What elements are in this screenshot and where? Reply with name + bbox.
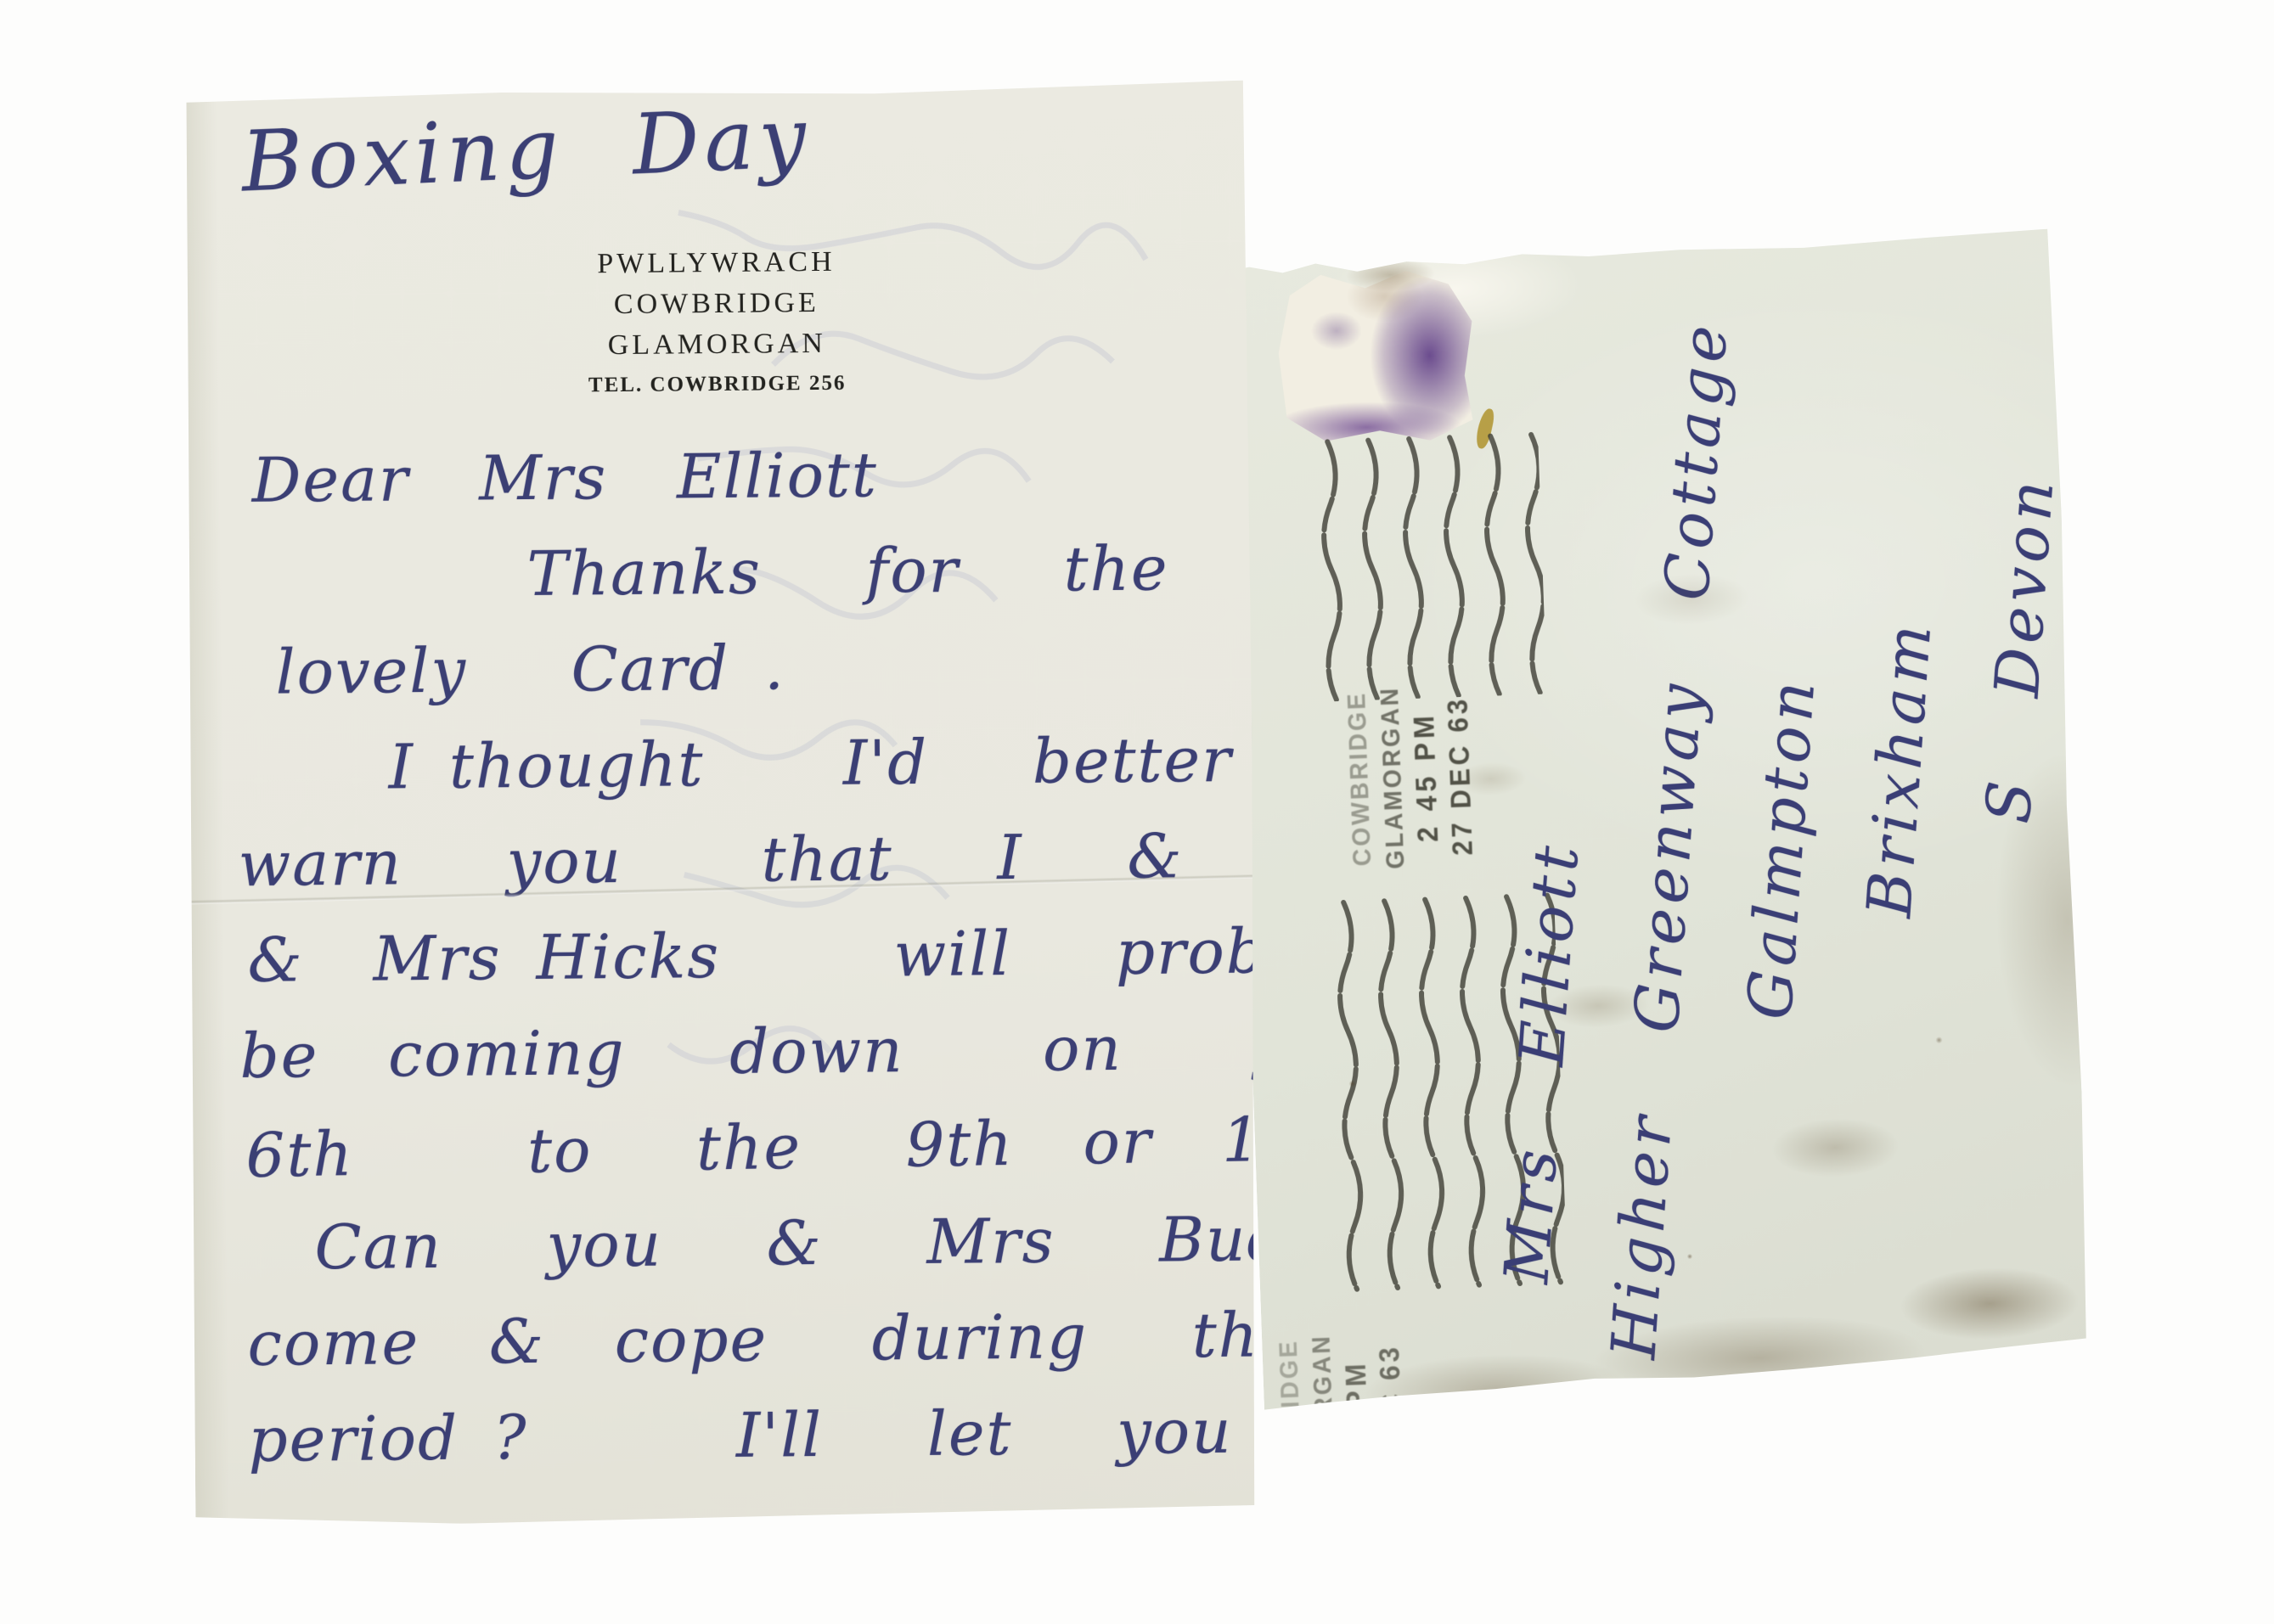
stamp-ink-residue — [1278, 270, 1473, 441]
letterhead: PWLLYWRACH COWBRIDGE GLAMORGAN TEL. COWB… — [184, 239, 1249, 402]
letter-and-envelope-photo: COWBRIDGE GLAMORGAN 2 45 PM 27 DEC 63 CO… — [0, 0, 2274, 1624]
cancellation-wavy-lines-upper — [1315, 430, 1547, 702]
handwritten-line: lovely Card . — [275, 616, 1235, 721]
postmark-town: COWBRIDGE — [1273, 1339, 1310, 1409]
postmark-date: 27 DEC 63 — [1441, 695, 1478, 856]
postmark-time: 2 45 PM — [1340, 1359, 1376, 1410]
handwritten-line: Dear Mrs Elliott — [251, 424, 1233, 529]
recipient-address: Mrs Elliott Higher Greenway Cottage Galm… — [1466, 330, 2092, 1385]
envelope: COWBRIDGE GLAMORGAN 2 45 PM 27 DEC 63 CO… — [1224, 228, 2092, 1409]
postmark-county: GLAMORGAN — [1306, 1334, 1344, 1409]
postmark-time: 2 45 PM — [1409, 711, 1444, 843]
handwritten-line: period ? I'll let you know — [248, 1384, 1241, 1488]
postmark-date: 27 DEC 63 — [1373, 1344, 1410, 1410]
handwritten-date: Boxing Day — [239, 89, 813, 211]
handwritten-line: 6th to the 9th or 10th — — [245, 1093, 1240, 1204]
handwritten-line: I thought I'd better — [388, 712, 1236, 816]
postmark-county: GLAMORGAN — [1374, 686, 1412, 870]
handwritten-line: come & cope during that — [247, 1288, 1241, 1392]
handwritten-line: & Mrs Hicks will probably — [247, 904, 1237, 1009]
letterhead-telephone: TEL. COWBRIDGE 256 — [186, 368, 1249, 402]
letterhead-county: GLAMORGAN — [185, 320, 1248, 370]
handwritten-line: Can you & Mrs Budd — [314, 1192, 1240, 1295]
postmark-town: COWBRIDGE — [1341, 691, 1378, 867]
letter-page: Boxing Day PWLLYWRACH COWBRIDGE GLAMORGA… — [183, 81, 1259, 1526]
letter-body: Dear Mrs Elliott Thanks for the lovely C… — [233, 424, 1241, 1488]
postmark-datestamp: COWBRIDGE GLAMORGAN 2 45 PM 27 DEC 63 — [1341, 677, 1479, 877]
handwritten-line: Thanks for the — [526, 520, 1234, 622]
removed-stamp-remnant — [1278, 270, 1473, 441]
handwritten-line: be coming down on Jan. — [239, 1000, 1238, 1104]
postmark-datestamp-partial: COWBRIDGE GLAMORGAN 2 45 PM 27 DEC 63 — [1272, 1325, 1410, 1409]
